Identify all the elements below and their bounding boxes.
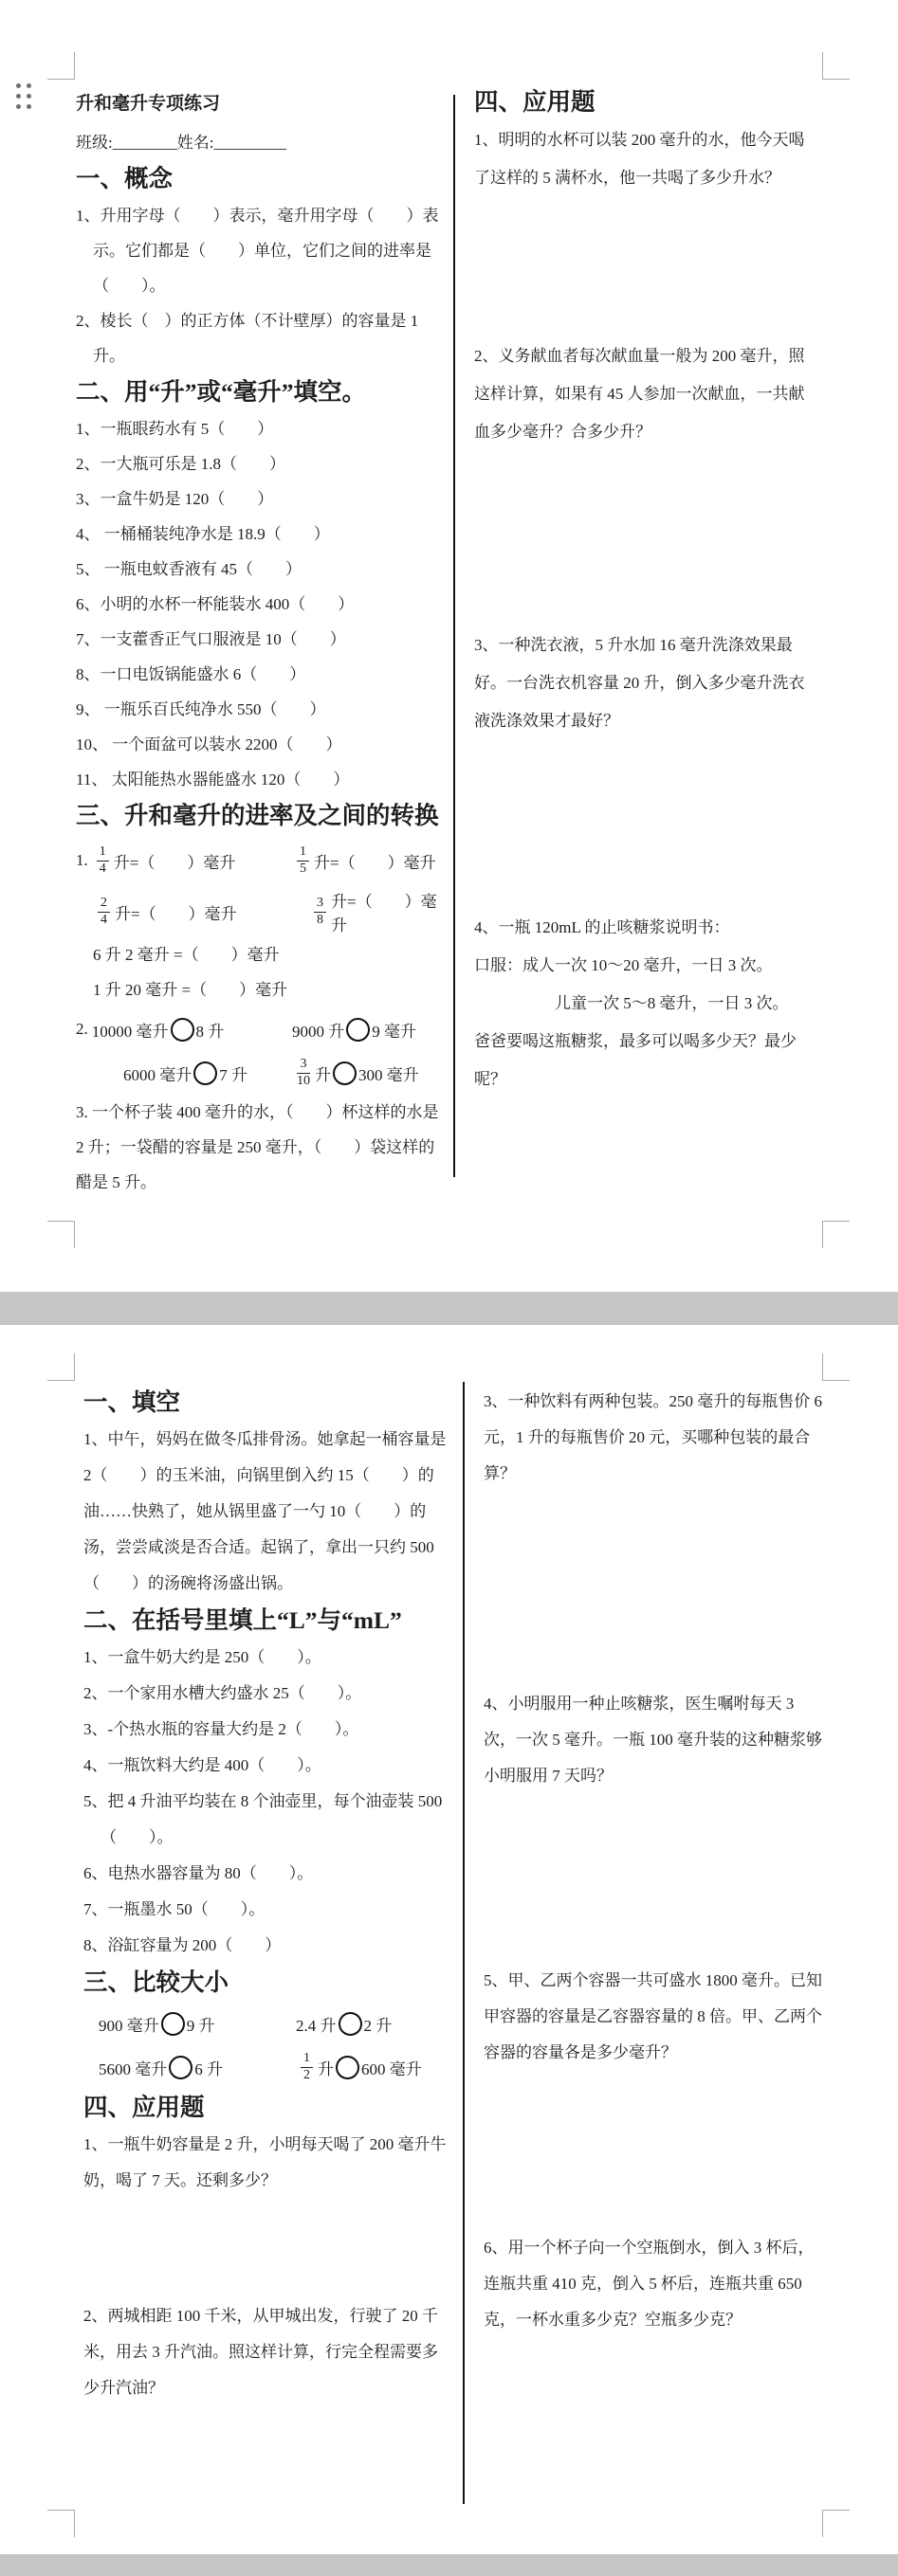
application-question: 3、一种饮料有两种包装。250 毫升的每瓶售价 6 元，1 升的每瓶售价 20 … [484,1384,827,1492]
equation-tail: 升=（ ）毫升 [314,849,436,873]
comparison-right: 300 毫升 [358,1061,419,1085]
comparison-row: 6000 毫升 7 升 310 升 300 毫升 [76,1051,448,1095]
question-item: 3、一盒牛奶是 120（ ） [76,481,448,517]
question-item: 2、棱长（ ）的正方体（不计壁厚）的容量是 1 升。 [76,303,448,373]
comparison-pair: 2.4 升 2 升 [281,2012,451,2036]
bottom-page-gap [0,2554,898,2576]
page1-right-column: 四、应用题 1、明明的水杯可以装 200 毫升的水，他今天喝了这样的 5 满杯水… [474,83,817,1098]
application-question: 3、一种洗衣液，5 升水加 16 毫升洗涤效果最好。一台洗衣机容量 20 升，倒… [474,626,817,740]
comparison-left: 升 [315,1061,331,1085]
comparison-pair: 12 升 600 毫升 [281,2051,451,2084]
page1-left-column: 升和毫升专项练习 班级:________姓名:_________ 一、概念 1、… [76,83,448,1200]
fraction-equation: 24 升=（ ）毫升 [76,896,309,929]
comparison-circle-icon [339,2012,362,2036]
question-item: 6、小明的水杯一杯能装水 400（ ） [76,587,448,622]
application-question: 2、两城相距 100 千米，从甲城出发，行驶了 20 千米，用去 3 升汽油。照… [83,2298,451,2406]
section3-header: 三、比较大小 [83,1964,451,2002]
comparison-right: 9 升 [187,2012,215,2036]
equation-tail: 升=（ ）毫升 [114,849,236,873]
question-item: 1、中午，妈妈在做冬瓜排骨汤。她拿起一桶容量是 2（ ）的玉米油，向锅里倒入约 … [83,1422,451,1602]
conversion-line: 6 升 2 毫升 =（ ）毫升 [76,937,448,972]
item-number: 2. [76,1020,88,1039]
application-question: 1、一瓶牛奶容量是 2 升，小明每天喝了 200 毫升牛奶，喝了 7 天。还剩多… [83,2127,451,2199]
comparison-pair: 6000 毫升 7 升 [76,1061,292,1085]
comparison-right: 8 升 [196,1018,225,1042]
comparison-pair: 2. 10000 毫升 8 升 [76,1018,292,1042]
question-item: 8、一口电饭锅能盛水 6（ ） [76,657,448,692]
fraction: 24 [98,896,110,929]
question-item: 2、一个家用水槽大约盛水 25（ ）。 [83,1676,451,1712]
class-name-line: 班级:________姓名:_________ [76,125,448,160]
application-question: 4、小明服用一种止咳糖浆，医生嘱咐每天 3 次，一次 5 毫升。一瓶 100 毫… [484,1686,827,1794]
conversion-line: 1 升 20 毫升 =（ ）毫升 [76,972,448,1007]
application-question: 5、甲、乙两个容器一共可盛水 1800 毫升。已知甲容器的容量是乙容器容量的 8… [484,1963,827,2071]
comparison-row: 5600 毫升 6 升 12 升 600 毫升 [83,2045,451,2089]
question-item: 7、一瓶墨水 50（ ）。 [83,1892,451,1928]
comparison-circle-icon [169,2056,192,2079]
comparison-row: 2. 10000 毫升 8 升 9000 升 9 毫升 [76,1007,448,1051]
application-question-line: 儿童一次 5～8 毫升，一日 3 次。 [474,985,817,1023]
fraction: 12 [301,2051,313,2084]
comparison-circle-icon [161,2012,185,2036]
question-item: 10、 一个面盆可以装水 2200（ ） [76,727,448,762]
margin-crop-mark [822,1221,850,1248]
fraction: 14 [97,844,109,878]
comparison-left: 6000 毫升 [123,1061,192,1085]
comparison-right: 6 升 [194,2056,223,2079]
question-item: 3、-个热水瓶的容量大约是 2（ ）。 [83,1712,451,1748]
fraction-equation: 38 升=（ ）毫升 [309,888,448,935]
application-question: 2、义务献血者每次献血量一般为 200 毫升，照这样计算，如果有 45 人参加一… [474,337,817,451]
margin-crop-mark [822,2510,850,2537]
question-item: 8、浴缸容量为 200（ ） [83,1928,451,1964]
fraction: 15 [297,844,309,878]
margin-crop-mark [47,1353,75,1381]
section4-header: 四、应用题 [83,2089,451,2127]
comparison-pair: 310 升 300 毫升 [292,1057,448,1090]
comparison-left: 900 毫升 [99,2012,159,2036]
comparison-circle-icon [333,1061,357,1085]
comparison-circle-icon [336,2056,359,2079]
application-question-line: 爸爸要喝这瓶糖浆，最多可以喝多少天？最少呢？ [474,1023,817,1098]
question-item: 1、升用字母（ ）表示，毫升用字母（ ）表示。它们都是（ ）单位，它们之间的进率… [76,198,448,303]
margin-crop-mark [822,1353,850,1381]
margin-crop-mark [47,2510,75,2537]
question-item: 7、一支藿香正气口服液是 10（ ） [76,622,448,657]
fraction-equation-row: 1. 14 升=（ ）毫升 15 升=（ ）毫升 [76,835,448,886]
equation-tail: 升=（ ）毫升 [331,888,448,935]
page-gap [0,1292,898,1325]
comparison-row: 900 毫升 9 升 2.4 升 2 升 [83,2002,451,2045]
application-question-line: 口服：成人一次 10～20 毫升，一日 3 次。 [474,947,817,985]
question-item: 9、 一瓶乐百氏纯净水 550（ ） [76,692,448,727]
fraction-equation-row: 24 升=（ ）毫升 38 升=（ ）毫升 [76,886,448,937]
equation-tail: 升=（ ）毫升 [115,900,237,924]
question-item: 2、一大瓶可乐是 1.8（ ） [76,446,448,481]
comparison-pair: 900 毫升 9 升 [83,2012,281,2036]
question-item: 5、把 4 升油平均装在 8 个油壶里，每个油壶装 500（ ）。 [83,1784,451,1856]
comparison-right: 9 毫升 [372,1018,416,1042]
question-item: 4、一瓶饮料大约是 400（ ）。 [83,1748,451,1784]
column-divider-page1 [453,95,455,1177]
question-item: 6、电热水器容量为 80（ ）。 [83,1856,451,1892]
comparison-left: 9000 升 [292,1018,344,1042]
page2-left-column: 一、填空 1、中午，妈妈在做冬瓜排骨汤。她拿起一桶容量是 2（ ）的玉米油，向锅… [83,1384,451,2406]
question-item: 1、一盒牛奶大约是 250（ ）。 [83,1640,451,1676]
comparison-pair: 5600 毫升 6 升 [83,2056,281,2079]
comparison-circle-icon [171,1018,194,1042]
drag-handle-icon[interactable] [16,83,32,110]
section1-header: 一、填空 [83,1384,451,1422]
worksheet-title: 升和毫升专项练习 [76,83,448,125]
application-question: 4、一瓶 120mL 的止咳糖浆说明书： [474,909,817,947]
application-question: 1、明明的水杯可以装 200 毫升的水，他今天喝了这样的 5 满杯水，他一共喝了… [474,121,817,197]
margin-crop-mark [47,1221,75,1248]
fraction: 38 [314,896,326,929]
comparison-right: 7 升 [219,1061,247,1085]
section4-header: 四、应用题 [474,83,817,121]
comparison-left: 2.4 升 [296,2012,337,2036]
document-canvas: 升和毫升专项练习 班级:________姓名:_________ 一、概念 1、… [0,0,898,2576]
fraction: 310 [297,1057,310,1090]
comparison-left: 5600 毫升 [99,2056,167,2079]
question-item: 1、一瓶眼药水有 5（ ） [76,411,448,446]
comparison-right: 2 升 [364,2012,393,2036]
section1-header: 一、概念 [76,160,448,198]
comparison-left: 升 [318,2056,334,2079]
fraction-equation: 15 升=（ ）毫升 [292,844,448,878]
column-divider-page2 [463,1382,465,2504]
comparison-pair: 9000 升 9 毫升 [292,1018,448,1042]
application-question: 6、用一个杯子向一个空瓶倒水，倒入 3 杯后，连瓶共重 410 克，倒入 5 杯… [484,2230,827,2338]
question-item: 11、 太阳能热水器能盛水 120（ ） [76,762,448,797]
comparison-circle-icon [193,1061,217,1085]
question-item: 5、 一瓶电蚊香液有 45（ ） [76,552,448,587]
comparison-right: 600 毫升 [361,2056,422,2079]
fraction-equation: 1. 14 升=（ ）毫升 [76,844,292,878]
section3-header: 三、升和毫升的进率及之间的转换 [76,797,448,835]
section2-header: 二、用“升”或“毫升”填空。 [76,373,448,411]
item-number: 1. [76,851,88,870]
question-item: 3. 一个杯子装 400 毫升的水，（ ）杯这样的水是 2 升；一袋醋的容量是 … [76,1095,448,1200]
section2-header: 二、在括号里填上“L”与“mL” [83,1602,451,1640]
margin-crop-mark [47,52,75,80]
margin-crop-mark [822,52,850,80]
comparison-left: 10000 毫升 [92,1018,169,1042]
comparison-circle-icon [346,1018,370,1042]
page2-right-column: 3、一种饮料有两种包装。250 毫升的每瓶售价 6 元，1 升的每瓶售价 20 … [484,1384,827,2338]
question-item: 4、 一桶桶装纯净水是 18.9（ ） [76,517,448,552]
